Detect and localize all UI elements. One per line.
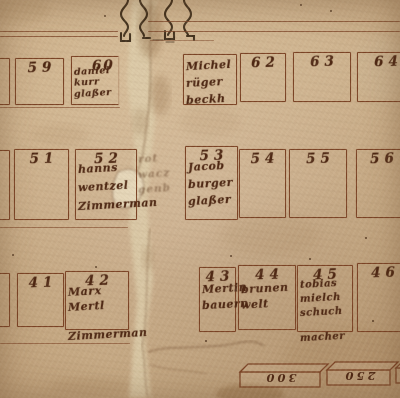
ink-smudge <box>132 108 148 136</box>
plot-41: 41 <box>17 273 64 327</box>
plot-number: 54 <box>240 150 285 167</box>
plot-53: 53Jacobburgerglaßer <box>185 146 238 220</box>
ink-speck <box>205 340 207 342</box>
plot-60: 60danielkurrglaßer <box>71 56 119 105</box>
plot-43: 43Mertinbauern <box>199 267 236 332</box>
stain <box>0 0 50 23</box>
ink-speck <box>330 10 332 12</box>
street-line <box>148 31 400 32</box>
owner-script-line: Marx <box>68 284 102 299</box>
street-line <box>0 36 118 37</box>
ink-speck <box>12 254 14 256</box>
owner-script-line: Jacob <box>188 159 225 174</box>
faded-script-line: rot <box>138 152 159 165</box>
street-line <box>0 31 118 32</box>
clamp-mark-right-icon <box>165 0 194 40</box>
owner-script-line-below: Zimmerman <box>68 326 148 343</box>
owner-script-line: hanns <box>78 161 118 176</box>
owner-script-line: glaßer <box>74 87 112 100</box>
plot-63: 63 <box>293 52 351 102</box>
ink-smudge <box>138 2 162 58</box>
owner-script-line: schuch <box>300 306 343 319</box>
crack-line <box>148 341 264 352</box>
ink-speck <box>95 266 97 268</box>
owner-script-line: mielch <box>300 292 341 305</box>
plot-left-mid <box>0 150 10 220</box>
plot-number: 51 <box>15 150 68 167</box>
plot-61: Michelrügerbeckh <box>183 54 237 105</box>
owner-script-line: rüger <box>186 75 223 90</box>
stain <box>220 215 320 255</box>
ink-speck <box>104 15 106 17</box>
owner-script-line: Michel <box>186 58 232 73</box>
plot-42: 42MarxMertlZimmerman <box>65 271 129 330</box>
plot-59: 59 <box>15 58 64 105</box>
plot-64: 64 <box>357 52 400 102</box>
clamp-mark-left-icon <box>121 0 150 41</box>
owner-script-line: wentzel <box>78 179 129 195</box>
plot-number: 56 <box>357 150 400 167</box>
plot-54: 54 <box>239 149 286 218</box>
stain <box>50 377 130 395</box>
stain <box>180 107 240 137</box>
ink-smudge <box>142 246 154 270</box>
plot-left-bot <box>0 273 10 327</box>
plot-number: 64 <box>358 53 400 70</box>
plot-52: 52hannswentzelZimmerman <box>75 149 137 220</box>
owner-script-line-below: macher <box>300 331 346 344</box>
ink-speck <box>300 4 302 6</box>
crease-edge-line <box>142 228 150 398</box>
plot-number: 55 <box>290 150 346 167</box>
owner-script-line: glaßer <box>188 193 232 208</box>
plot-number: 63 <box>294 53 350 70</box>
plot-55: 55 <box>289 149 347 218</box>
stain <box>32 124 88 146</box>
ink-speck <box>230 255 232 257</box>
plot-51: 51 <box>14 149 69 220</box>
faded-script-line: genb <box>138 182 172 196</box>
row-baseline <box>0 227 128 228</box>
plot-left-top <box>0 58 10 105</box>
owner-script-line: welt <box>241 297 269 311</box>
owner-script-line: beckh <box>186 92 226 107</box>
faded-script-line: wacz <box>138 167 171 181</box>
ink-speck <box>372 320 374 322</box>
measure-box-top <box>396 360 400 368</box>
manuscript-plot-map: 5960danielkurrglaßerMichelrügerbeckh6263… <box>0 0 400 398</box>
plot-number: 59 <box>16 59 63 76</box>
owner-script-line: burger <box>188 176 234 191</box>
ink-smudge <box>150 75 170 115</box>
plot-44: 44brunenwelt <box>238 265 296 330</box>
owner-script-line: Mertl <box>68 299 105 314</box>
plot-number: 62 <box>241 54 285 71</box>
ink-speck <box>365 237 367 239</box>
ink-speck <box>309 258 311 260</box>
measure-box-front <box>396 368 400 383</box>
owner-script-line: tobias <box>300 278 338 291</box>
plot-62: 62 <box>240 53 286 102</box>
plot-number: 41 <box>18 274 63 291</box>
owner-script-line: brunen <box>241 281 289 296</box>
stain <box>216 384 284 398</box>
crack-line <box>150 364 206 374</box>
measure-value-upside-down: 300 <box>260 371 300 385</box>
plot-56: 56 <box>356 149 400 218</box>
measure-value-upside-down: 250 <box>339 369 379 383</box>
row-baseline <box>0 107 120 108</box>
row-baseline <box>0 343 130 344</box>
plot-46: 46 <box>357 263 400 332</box>
owner-script-line: Zimmerman <box>78 196 158 213</box>
street-line <box>150 40 214 41</box>
plot-45: 45tobiasmielchschuchmacher <box>297 265 353 332</box>
plot-number: 46 <box>358 264 400 281</box>
street-line <box>148 21 400 22</box>
